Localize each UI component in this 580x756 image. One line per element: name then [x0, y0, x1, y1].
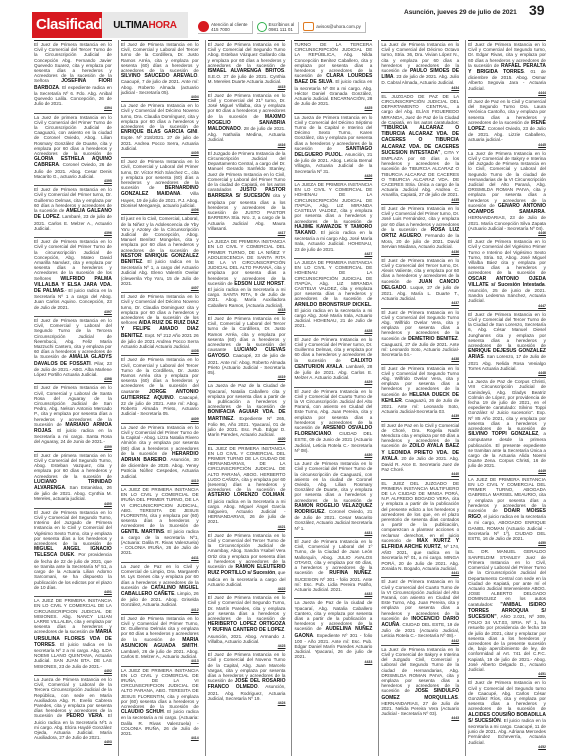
notice-text: La Jueza de Paz de Corpus Christi, VIII … — [468, 379, 546, 431]
legal-notice: El Juez de Primera Instancia en lo Civil… — [121, 355, 199, 422]
notice-text: EL JUEZ DEL JUZGADO DE PRIMERA INSTANCIA… — [381, 481, 459, 543]
legal-notice: El Juez de Primera Instancia en lo Civil… — [208, 593, 286, 650]
legal-notice: El Juez de Primera Instancia en lo Civil… — [294, 537, 372, 598]
contact-email: avisos@uhora.com.py — [303, 22, 366, 33]
notice-text: El Juez de Primera Instancia en lo Civil… — [34, 42, 112, 83]
notice-text: El juez en lo Civil, Comercial, Laboral,… — [121, 216, 199, 252]
notice-body: El Juez de Primera Instancia en lo Civil… — [208, 595, 286, 644]
legal-notice: El Juez de Primera Instancia en lo Civil… — [34, 185, 112, 237]
notice-code: 4397 — [34, 310, 112, 315]
decedent-name: ARNILDO BRONSTRUP DICKEL — [294, 302, 371, 308]
legal-notice: El Juez de Primera Instancia en lo Civil… — [34, 237, 112, 316]
notice-body: El Juez de Primera Instancia en lo Civil… — [34, 385, 112, 444]
notice-code: 4435 — [381, 198, 459, 203]
notice-text: LA JUEZA DE PRIMERA INSTANCIA EN LO CIVI… — [294, 260, 372, 301]
legal-notice: EL JUEZ DEL JUZGADO DE PRIMERA INSTANCIA… — [381, 479, 459, 578]
notice-code: 4420 — [208, 437, 286, 442]
notice-text: LA JUEZA DE PRIMERA INSTANCIA EN LO CIVI… — [208, 239, 286, 286]
notice-body: La Jueza de Paz de Corpus Christi, VIII … — [468, 379, 546, 468]
notice-body: El Juez de Paz en lo Civil y Comercial d… — [468, 99, 546, 143]
notice-column: La Juez de Primera Instancia en lo Civil… — [378, 40, 461, 756]
legal-notice: LA JUEZA DE PRIMERA INSTANCIA EN LO CIVI… — [208, 237, 286, 314]
legal-notice: El Juez de Primera Instancia en lo Civil… — [34, 316, 112, 383]
notice-code: 4409 — [121, 417, 199, 422]
legal-notice: La Juez de Primera Instancia en lo Civil… — [121, 423, 199, 485]
notice-text: La Juez de Primera Instancia en lo Civil… — [121, 103, 199, 129]
legal-notice: El Juez de Primera Instancia en lo Civil… — [34, 383, 112, 450]
notice-code: 4419 — [208, 375, 286, 380]
notice-text-end: , AÑO 2.021, Nº 309, FOLIO 34 VLT.03, SR… — [468, 614, 546, 672]
notice-body: El Juez de Primera Instancia en lo Civil… — [208, 652, 286, 701]
notice-text-end: cita y emplaza por sesenta días a los he… — [208, 193, 286, 230]
phone-icon — [198, 21, 209, 32]
notice-code: 4423 — [208, 644, 286, 649]
legal-notice: El Juez de Primera Instancia en lo Civil… — [294, 387, 372, 460]
notice-code: 4434 — [381, 86, 459, 91]
contact-phone: Atención al cliente415 7000 — [198, 21, 253, 34]
legal-notice: El Juez de Primera Instancia en lo Civil… — [208, 650, 286, 707]
notice-text: El Juez de Primera Instancia en lo Civil… — [294, 389, 372, 430]
decedent-name: DEMETRIO BENITEZ — [408, 336, 458, 342]
notice-body: El Juez de Primera Instancia en lo Civil… — [121, 42, 199, 95]
decedent-name: ASTERIO LORENZO COLMAN — [208, 492, 285, 498]
legal-notice: El Juez de Primera Instancia en lo Civil… — [468, 310, 546, 377]
legal-notice: El Juez de Primera Instancia en lo Civil… — [208, 531, 286, 593]
contact-whatsapp-label: Escríbinos al — [269, 22, 295, 27]
notice-code: 4406 — [121, 208, 199, 213]
whatsapp-icon — [257, 22, 267, 32]
notice-body: LA JUEZA DE PRIMERA INSTANCIA EN LO CIVI… — [294, 260, 372, 329]
contact-info: Atención al cliente415 7000 Escríbinos a… — [198, 21, 366, 34]
legal-notice: La Juez de Primera Instancia en lo Civil… — [381, 645, 459, 723]
notice-text: LA JUEZA DE PRIMERA INSTANCIA EN LO CIVI… — [294, 182, 372, 223]
notice-body: La Jueza de Paz de la Ciudad de Ypacaraí… — [208, 383, 286, 437]
legal-notice: El Juez de Primera Instancia en lo Civil… — [468, 40, 546, 97]
notice-code: 4449 — [468, 469, 546, 474]
notice-code: 4415 — [208, 85, 286, 90]
notice-code: 4442 — [381, 639, 459, 644]
notice-body: El Juez de Primera Instancia en lo Civil… — [208, 533, 286, 587]
notice-code: 4410 — [121, 479, 199, 484]
notice-body: El Juez de Primera Instancia en lo Civil… — [121, 616, 199, 660]
notices-columns: El Juez de Primera Instancia en lo Civil… — [32, 40, 548, 756]
notice-code: 4422 — [208, 587, 286, 592]
notice-body: La Juez de Paz en lo Civil y Comercial d… — [121, 564, 199, 608]
notice-body: La Juez de Primera Instancia en lo Civil… — [121, 425, 199, 479]
notice-body: LA JUEZ DE PRIMERA INSTANCIA EN LO CIVIL… — [468, 477, 546, 541]
legal-notice: El Juez de Primera Instancia en lo Civil… — [121, 292, 199, 355]
notice-text: La Juez de Primera Instancia en lo Civil… — [381, 647, 459, 694]
notice-column: TURNO DE LA TERCERA CIRCUNSCRIPCIÓN JUDI… — [291, 40, 374, 756]
legal-notice: El Juez de primera Instancia en lo Civil… — [34, 451, 112, 508]
notice-code: 4417 — [208, 231, 286, 236]
notice-text: EL JUEZ DE PRIMERA INSTANCIA EN LO CIVIL… — [208, 446, 286, 493]
notice-body: El Juez de Primera Instancia en lo Civil… — [468, 312, 546, 371]
notice-text: El Juez de Primera Instancia en lo Civil… — [34, 318, 112, 359]
notice-body: El Juez de Primera Instancia en lo Civil… — [208, 316, 286, 375]
notice-body: LA JUEZ DE PRIMERA INSTANCIA EN LO CIVIL… — [121, 668, 199, 737]
notice-text: La Juez de Primera Instancia en lo Civil… — [294, 461, 372, 502]
notice-text: LA JUEZ DE PRIMERA INSTANCIA EN LO CIVIL… — [121, 487, 199, 528]
notice-body: La Jueza de Primera Instancia en lo Civi… — [294, 115, 372, 174]
notice-body: El Juez de Primera Instancia en lo Civil… — [468, 680, 546, 744]
legal-notice: El Juez de Primera Instancia en lo Civil… — [121, 40, 199, 101]
decedent-name: OSCAR ANTONIO OJEDA VILLATE s/ Sucesión … — [468, 276, 546, 288]
notice-text: El Juez de Primera Instancia en lo Civil… — [381, 579, 459, 620]
notice-text-end: , a computarse desde la primera publicac… — [468, 431, 546, 468]
notice-body: El Juez de Primera Instancia en lo Civil… — [294, 337, 372, 381]
decedent-name: ENRIQUE BLAS GARCIA GINI — [121, 129, 198, 135]
dateline: Asunción, jueves 29 de julio de 2021 — [404, 9, 517, 16]
notice-text-end: . Por providencia de fecha de 22 de juli… — [34, 552, 112, 589]
notice-body: La Juez de Primera Instancia en lo Civil… — [121, 103, 199, 151]
notice-text: EL JUZGADO DE PAZ DE LA CIRCUNSCRIPCIÓN … — [381, 94, 459, 125]
notice-code: 4452 — [468, 745, 546, 750]
legal-notice: El Juez de Primera Instancia en lo Civil… — [34, 508, 112, 596]
notice-text-end: , CITA Y EMPLAZA por 60 días a los hered… — [381, 150, 459, 198]
notice-body: El Juez de Primera Instancia en lo Civil… — [208, 93, 286, 143]
legal-notice: LA JUEZ DE PRIMERA INSTANCIA EN LO CIVIL… — [121, 485, 199, 562]
contact-phone-label: Atención al cliente — [211, 22, 248, 27]
notice-body: El Juez de Primera Instancia en lo Civil… — [468, 42, 546, 91]
legal-notice: La Juez de primera Instancia en lo Civil… — [34, 113, 112, 186]
notice-text: El Juez de Primera Instancia en lo Civil… — [468, 680, 546, 711]
legal-notice: La Juez de Paz en lo Civil y Comercial d… — [121, 562, 199, 614]
notice-body: La Jueza de Paz de la ciudad de Ypacaraí… — [294, 600, 372, 659]
notice-body: El Juez de Primera Instancia en lo Civil… — [121, 294, 199, 349]
legal-notice: El Juez de Primera Instancia en lo Civil… — [121, 157, 199, 214]
legal-notice: La Jueza de Paz de la ciudad de Ypacaraí… — [294, 598, 372, 665]
decedent-name: CLAUDIO SCHUH — [121, 709, 164, 715]
legal-notice: El Juez de Paz en lo Civil y Comercial d… — [381, 421, 459, 479]
notice-code: 4451 — [468, 672, 546, 677]
legal-notice: La Jueza de Primera Instancia en lo Civi… — [294, 113, 372, 180]
notice-body: TURNO DE LA TERCERA CIRCUNSCRIPCIÓN JUDI… — [294, 42, 372, 106]
notice-code: 4414 — [121, 736, 199, 741]
legal-notice: El Juez de Primera Instancia en lo Civil… — [294, 335, 372, 387]
legal-notice: La Juez de Primera Instancia en lo Civil… — [294, 459, 372, 537]
notice-code: 4413 — [121, 659, 199, 664]
legal-notice: EL JUEZ DE PRIMERA INSTANCIA EN LO CIVIL… — [208, 444, 286, 531]
notice-text-end: . 23 de julio de 2021. Abg. Julio D. Cab… — [381, 74, 459, 85]
notice-body: El Juzgado de Primera Instancia de la Ci… — [208, 151, 286, 231]
notice-code: 4411 — [121, 556, 199, 561]
notice-text: El Juez de Primera Instancia en lo Civil… — [468, 239, 546, 275]
legal-notice: EL DR. MANUEL GERALDO SANFELDIM STANLEY … — [468, 547, 546, 678]
notice-body: El Juez de Primera Instancia en lo Civil… — [34, 510, 112, 590]
legal-notice: El Juez de Primera Instancia en lo Civil… — [381, 308, 459, 364]
notice-code: 4427 — [294, 252, 372, 257]
notice-body: El Juez de Primera Instancia en lo Civil… — [294, 389, 372, 453]
notice-code: 4398 — [34, 377, 112, 382]
decedent-name: GENTIL MARTINS — [121, 529, 164, 535]
legal-notice: El Juez de Paz en lo Civil y Comercial d… — [468, 97, 546, 149]
legal-notice: EL JUZGADO DE PAZ DE LA CIRCUNSCRIPCIÓN … — [381, 92, 459, 204]
legal-notice: El Juez de Primera Instancia en lo Civil… — [381, 204, 459, 256]
decedent-name: SILVINO TOPPI GONZALEZ — [468, 431, 538, 437]
notice-code: 4404 — [121, 95, 199, 100]
legal-notice: LA JUEZ DE PRIMERA INSTANCIA EN LO CIVIL… — [468, 475, 546, 548]
notice-body: EL JUEZ DE PRIMERA INSTANCIA EN LO CIVIL… — [208, 446, 286, 525]
legal-notice: La Jueza de Primera Instancia en lo Civi… — [34, 675, 112, 747]
notice-text: La Juez de Primera Instancia en lo Civil… — [468, 151, 546, 208]
notice-code: 4437 — [381, 301, 459, 306]
notice-code: 4396 — [34, 231, 112, 236]
notice-code: 4394 — [34, 106, 112, 111]
notice-body: La Juez de primera Instancia en lo Civil… — [34, 115, 112, 179]
notice-code: 4403 — [34, 740, 112, 745]
notice-body: LA JUEZA DE PRIMERA INSTANCIA EN LO CIVI… — [208, 239, 286, 308]
legal-notice: El Juez de Primera Instancia en lo Civil… — [381, 364, 459, 421]
classifieds-page: Clasificados ULTIMAHORA Atención al clie… — [0, 0, 580, 756]
notice-body: El Juez de Primera Instancia en lo Civil… — [381, 258, 459, 302]
decedent-name: RUFINA NUÑEZ — [329, 570, 371, 576]
legal-notice: El Juez de Primera Instancia en lo Civil… — [381, 577, 459, 644]
notice-code: 4448 — [468, 371, 546, 376]
notice-body: El Juez de Primera Instancia en lo Civil… — [294, 539, 372, 592]
legal-notice: El Juez de Primera Instancia en lo Civil… — [208, 314, 286, 381]
notice-body: El Juez de Primera Instancia en lo Civil… — [34, 318, 112, 377]
notice-code: 4412 — [121, 608, 199, 613]
legal-notice: El Juez de Primera Instancia en lo Civil… — [121, 614, 199, 666]
notice-body: EL DR. MANUEL GERALDO SANFELDIM STANLEY … — [468, 549, 546, 672]
notice-text: La Jueza de Paz de la Ciudad de Ypacaraí… — [208, 383, 286, 409]
notice-body: La Juez de Primera Instancia en lo Civil… — [381, 42, 459, 86]
decedent-name: ISMAEL ALVARENGA BRITOS — [208, 68, 285, 74]
legal-notice: LA JUEZ DE PRIMERA INSTANCIA EN LO CIVIL… — [121, 666, 199, 743]
notice-code: 4408 — [121, 349, 199, 354]
legal-notice: La Juez de Primera Instancia en lo Civil… — [468, 149, 546, 237]
notice-code: 4399 — [34, 445, 112, 450]
notice-body: El Juez de Primera Instancia en lo Civil… — [381, 366, 459, 415]
notice-code: 4405 — [121, 151, 199, 156]
notice-code: 4401 — [34, 590, 112, 595]
decedent-name: PEDRO VERA — [66, 713, 102, 719]
notice-code: 4416 — [208, 143, 286, 148]
notice-body: La Juez de Primera Instancia en lo Civil… — [468, 151, 546, 231]
notice-body: EL JUEZ DEL JUZGADO DE PRIMERA INSTANCIA… — [381, 481, 459, 571]
contact-email-value: avisos@uhora.com.py — [316, 24, 361, 29]
notice-body: El Juez de Primera Instancia en lo Civil… — [381, 310, 459, 358]
legal-notice: El juez en lo Civil, Comercial, Laboral,… — [121, 214, 199, 292]
notice-text: La Jueza de Primera Instancia en lo Civi… — [34, 677, 112, 718]
notice-code: 4440 — [381, 472, 459, 477]
decedent-name: HERIBERTO LOPEZ ORTIGOZA Y RUFINA CANTER… — [208, 621, 286, 633]
brand-logo: ULTIMAHORA — [102, 12, 188, 38]
notice-text: EL DR. MANUEL GERALDO SANFELDIM STANLEY … — [468, 549, 546, 606]
contact-phone-value: 415 7000 — [211, 27, 248, 32]
notice-body: El Juez de Primera Instancia en lo Civil… — [381, 579, 459, 638]
notice-body: La Juez de Primera Instancia en lo Civil… — [294, 461, 372, 531]
notice-body: El Juez de Primera Instancia en lo Civil… — [121, 357, 199, 416]
notice-body: La Jueza de Primera Instancia en lo Civi… — [34, 677, 112, 740]
legal-notice: LA JUEZA DE PRIMERA INSTANCIA EN LO CIVI… — [294, 258, 372, 335]
legal-notice: LA JUEZA DE PRIMERA INSTANCIA EN LO CIVI… — [294, 180, 372, 258]
notice-text: El Juez de primera Instancia en lo Civil… — [34, 453, 112, 479]
notice-code: 4445 — [468, 143, 546, 148]
decedent-name: EDSON LUIZ HORST — [234, 281, 284, 287]
notice-column: El Juez de Primera Instancia en lo Civil… — [465, 40, 548, 756]
notice-code: 4436 — [381, 250, 459, 255]
notice-body: El Juez de Primera Instancia en lo Civil… — [34, 42, 112, 106]
legal-notice: El Juez de Primera Instancia en lo Civil… — [468, 678, 546, 751]
legal-notice: El Juez de Primera Instancia en lo Civil… — [468, 237, 546, 310]
notice-code: 4428 — [294, 329, 372, 334]
decedent-name: SILVINO SAUCEDO AREVALO — [121, 73, 198, 79]
notice-text: El Juez de Primera Instancia en lo Civil… — [468, 312, 546, 348]
notice-text: El Juez de Primera Instancia en lo Civil… — [34, 385, 112, 426]
notice-body: El Juez de Paz en lo Civil y Comercial d… — [381, 423, 459, 473]
notice-code: 4426 — [294, 174, 372, 179]
mail-icon — [303, 22, 314, 31]
notice-code: 4431 — [294, 531, 372, 536]
notice-body: El Juez de Primera Instancia en lo Civil… — [121, 159, 199, 208]
legal-notice: El Juzgado de Primera Instancia de la Ci… — [208, 149, 286, 237]
notice-text: El Juzgado de Primera Instancia de la Ci… — [208, 151, 286, 192]
notice-body: La Juez de Primera Instancia en lo Civil… — [381, 647, 459, 717]
contact-whatsapp-value: 0981 111 01 — [269, 27, 295, 32]
notice-code: 4443 — [381, 716, 459, 721]
page-number: 39 — [529, 2, 545, 18]
legal-notice: El Juez de Primera Instancia en lo Civil… — [34, 40, 112, 113]
notice-code: 4430 — [294, 453, 372, 458]
legal-notice: El Juez de Primera Instancia en lo Civil… — [208, 91, 286, 149]
notice-text: El Juez de Primera Instancia en lo Civil… — [121, 42, 199, 73]
notice-body: El Juez de Primera Instancia en lo Civil… — [381, 206, 459, 250]
notice-code: 4402 — [34, 669, 112, 674]
notice-body: LA JUEZ DE PRIMERA INSTANCIA EN LO CIVIL… — [121, 487, 199, 556]
legal-notice: La Juez de Primera Instancia en lo Civil… — [121, 101, 199, 157]
notice-code: 4433 — [294, 660, 372, 665]
notice-body: El Juez de primera Instancia en lo Civil… — [34, 453, 112, 502]
notice-text: El Juez de Primera Instancia en lo Civil… — [208, 595, 286, 621]
notice-body: El Juez de Primera Instancia en lo Civil… — [208, 42, 286, 85]
notice-code: 4421 — [208, 525, 286, 530]
notice-text: LA JUEZ DE PRIMERA INSTANCIA EN LO CIVIL… — [121, 668, 199, 709]
legal-notice: La Jueza de Paz de la Ciudad de Ypacaraí… — [208, 381, 286, 443]
notice-column: El Juez de Primera Instancia en lo Civil… — [32, 40, 114, 756]
notice-text: La Juez de primera Instancia en lo Civil… — [34, 115, 112, 156]
brand-logo-part1: ULTIMA — [113, 20, 148, 31]
notice-body: LA JUEZ DE PRIMERA INSTANCIA EN LO CIVIL… — [34, 598, 112, 669]
notice-code: 4407 — [121, 286, 199, 291]
notice-code: 4441 — [381, 571, 459, 576]
notice-code: 4432 — [294, 592, 372, 597]
legal-notice: La Juez de Primera Instancia en lo Civil… — [381, 40, 459, 92]
notice-body: El juez en lo Civil, Comercial, Laboral,… — [121, 216, 199, 286]
notice-code: 4446 — [468, 231, 546, 236]
brand-logo-part2: HORA — [148, 20, 176, 31]
notice-code: 4450 — [468, 541, 546, 546]
notice-code: 4425 — [294, 106, 372, 111]
legal-notice: LA JUEZ DE PRIMERA INSTANCIA EN LO CIVIL… — [34, 596, 112, 675]
notice-body: EL JUZGADO DE PAZ DE LA CIRCUNSCRIPCIÓN … — [381, 94, 459, 198]
notice-code: 4395 — [34, 179, 112, 184]
legal-notice: El Juez de Primera Instancia en lo Civil… — [381, 256, 459, 308]
notice-text: El Juez de Primera Instancia en lo Civil… — [208, 42, 286, 68]
notice-column: El Juez de Primera Instancia en lo Civil… — [118, 40, 201, 756]
notice-body: El Juez de Primera Instancia en lo Civil… — [468, 239, 546, 303]
notice-code: 4447 — [468, 304, 546, 309]
legal-notice: TURNO DE LA TERCERA CIRCUNSCRIPCIÓN JUDI… — [294, 40, 372, 113]
notice-code: 4444 — [468, 91, 546, 96]
notice-code: 4438 — [381, 357, 459, 362]
notice-code: 4418 — [208, 308, 286, 313]
contact-whatsapp: Escríbinos al0981 111 01 — [257, 22, 300, 34]
notice-text: El Juez de Primera Instancia en lo Civil… — [34, 239, 112, 280]
notice-text: El Juez de Primera Instancia en lo Civil… — [34, 510, 112, 546]
legal-notice: El Juez de Primera Instancia en lo Civil… — [208, 40, 286, 91]
notice-code: 4439 — [381, 414, 459, 419]
notice-body: LA JUEZA DE PRIMERA INSTANCIA EN LO CIVI… — [294, 182, 372, 252]
notice-column: El Juez de Primera Instancia en lo Civil… — [205, 40, 288, 756]
legal-notice: La Jueza de Paz de Corpus Christi, VIII … — [468, 377, 546, 475]
notice-body: El Juez de Primera Instancia en lo Civil… — [34, 187, 112, 231]
notice-body: El Juez de Primera Instancia en lo Civil… — [34, 239, 112, 310]
notice-code: 4429 — [294, 380, 372, 385]
page-header: Clasificados ULTIMAHORA Atención al clie… — [0, 0, 580, 40]
notice-code: 4424 — [208, 701, 286, 706]
notice-code: 4400 — [34, 502, 112, 507]
